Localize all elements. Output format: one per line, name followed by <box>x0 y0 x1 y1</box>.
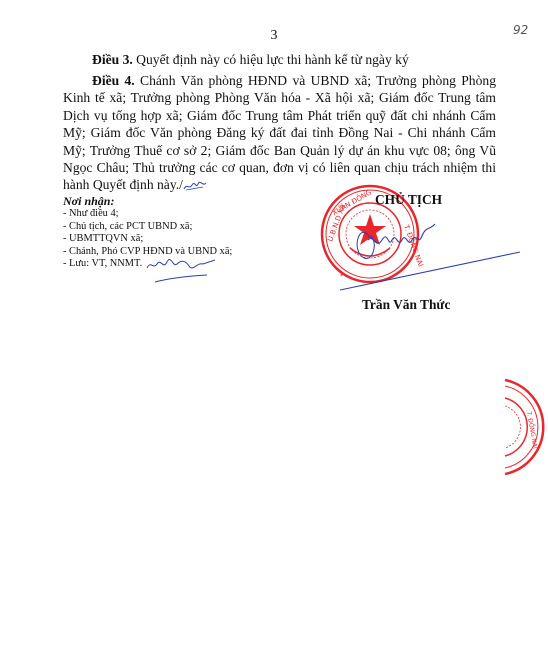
recipient-item: - Như điều 4; <box>63 208 232 221</box>
archive-number: 92 <box>513 23 528 37</box>
initials-mark-icon <box>183 181 207 191</box>
recipient-item: - UBMTTQVN xã; <box>63 233 232 246</box>
article-3-label: Điều 3. <box>92 52 133 67</box>
signer-title: CHỦ TỊCH <box>375 192 485 208</box>
article-4-text: Chánh Văn phòng HĐND và UBND xã; Trưởng … <box>63 73 496 192</box>
signer-name: Trần Văn Thức <box>362 297 450 313</box>
page-number: 3 <box>0 28 548 44</box>
seal-partial-edge-icon: T. ĐỒNG NAI <box>503 372 548 482</box>
article-4: Điều 4. Chánh Văn phòng HĐND và UBND xã;… <box>63 72 496 194</box>
article-3-text: Quyết định này có hiệu lực thi hành kể t… <box>133 52 409 67</box>
clerk-signature-icon <box>145 256 225 286</box>
article-3: Điều 3. Quyết định này có hiệu lực thi h… <box>63 51 496 68</box>
recipients-title: Nơi nhận: <box>63 194 232 208</box>
recipient-item: - Chủ tịch, các PCT UBND xã; <box>63 221 232 234</box>
chairman-signature-icon <box>340 210 540 300</box>
article-4-label: Điều 4. <box>92 73 135 88</box>
